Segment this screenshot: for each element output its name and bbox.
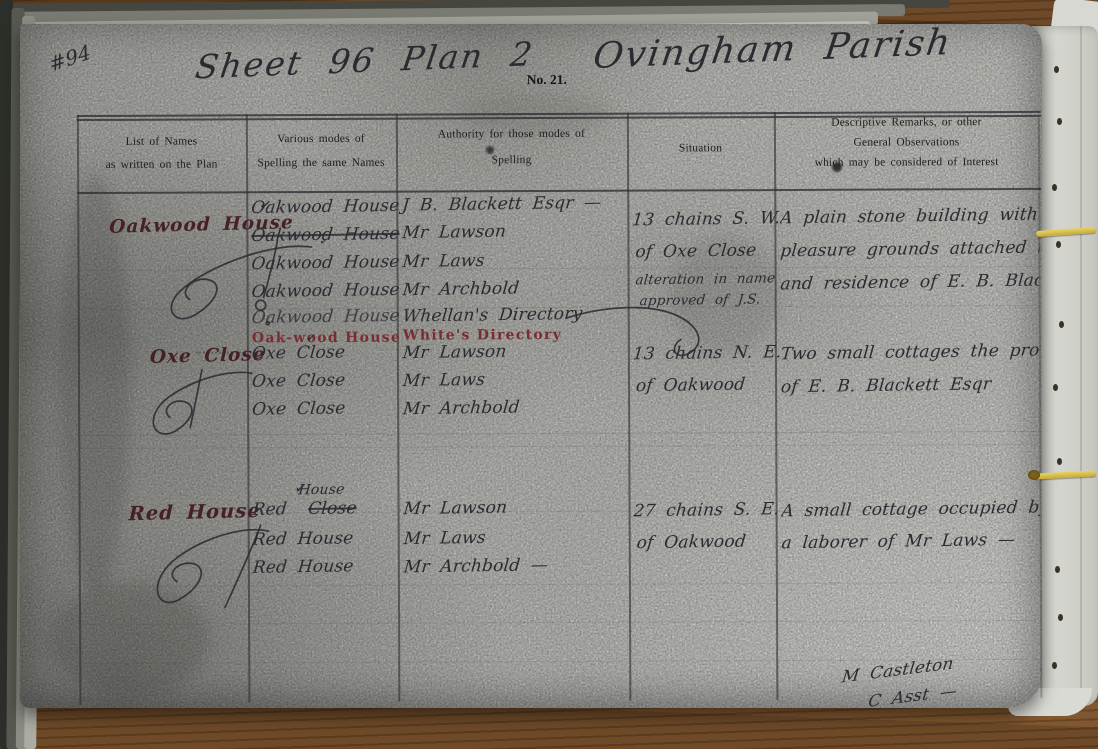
remarks-line: pleasure grounds attached the property bbox=[779, 237, 1040, 261]
authority-line: Mr Lawson bbox=[402, 342, 508, 364]
scanned-register-photo: #94 Sheet 96 Plan 2 No. 21. Ovingham Par… bbox=[0, 0, 1098, 749]
column-divider bbox=[774, 112, 779, 700]
clerk-flourish bbox=[141, 521, 296, 614]
reference-number: #94 bbox=[47, 40, 93, 77]
page-number-label: No. 21. bbox=[527, 72, 567, 88]
strike-flourish bbox=[565, 299, 715, 362]
authority-line: J B. Blackett Esqr — bbox=[401, 193, 602, 216]
remarks-line: of E. B. Blackett Esqr bbox=[780, 373, 1041, 397]
faint-rule bbox=[81, 620, 1039, 625]
sheet-plan-title: Sheet 96 Plan 2 bbox=[193, 34, 536, 86]
leader-dots bbox=[196, 351, 244, 353]
header-authority-line1: Authority for those modes of bbox=[396, 128, 627, 141]
clerk-flourish bbox=[140, 367, 272, 446]
situation-line: of Oakwood bbox=[636, 532, 747, 554]
examiner-signature-line2: C Asst — bbox=[867, 681, 958, 711]
remarks-line: A small cottage occupied by bbox=[781, 497, 1042, 521]
ink-layer: #94 Sheet 96 Plan 2 No. 21. Ovingham Par… bbox=[0, 0, 1098, 749]
authority-line: Mr Archbold — bbox=[403, 555, 549, 577]
spelling-line: Oakwood House bbox=[250, 196, 400, 218]
spelling-line: Oxe Close bbox=[251, 342, 346, 363]
clerk-flourish bbox=[149, 239, 344, 336]
header-remarks-line3: which may be considered of Interest bbox=[774, 156, 1039, 169]
header-names-line2: as written on the Plan bbox=[77, 158, 246, 171]
spelling-correction-above: House bbox=[298, 482, 346, 499]
header-remarks-line2: General Observations bbox=[774, 136, 1039, 149]
header-situation: Situation bbox=[627, 142, 774, 155]
parish-title: Ovingham Parish bbox=[591, 22, 955, 77]
authority-line: Mr Laws bbox=[402, 370, 486, 391]
remarks-line: A plain stone building with pleasu bbox=[779, 204, 1040, 228]
authority-line: Mr Lawson bbox=[403, 498, 509, 520]
authority-line: Mr Archbold bbox=[402, 398, 520, 420]
header-authority-line2: Spelling bbox=[396, 154, 627, 167]
remarks-line: Two small cottages the property bbox=[780, 340, 1041, 364]
situation-line: of Oxe Close bbox=[635, 240, 758, 262]
header-spelling-line2: Spelling the same Names bbox=[246, 157, 396, 170]
situation-note: alteration in name bbox=[635, 270, 776, 288]
spelling-prefix: Red bbox=[252, 499, 288, 520]
situation-line: 27 chains S. E. bbox=[633, 499, 781, 521]
authority-line: Mr Lawson bbox=[401, 222, 507, 244]
binding-thread-knot bbox=[1028, 470, 1040, 480]
header-remarks-line1: Descriptive Remarks, or other bbox=[774, 116, 1039, 129]
header-names-line1: List of Names bbox=[77, 135, 246, 148]
remarks-line: a laborer of Mr Laws — bbox=[781, 529, 1042, 553]
situation-line: 13 chains S. W. bbox=[631, 208, 781, 230]
entry2-name: Oxe Close bbox=[150, 344, 266, 368]
spelling-line-corrected: Red Close bbox=[252, 498, 358, 520]
header-spelling-line1: Various modes of bbox=[246, 133, 396, 146]
authority-line: Mr Archbold bbox=[402, 279, 520, 301]
leader-dots bbox=[215, 507, 247, 509]
situation-line: of Oakwood bbox=[635, 375, 746, 397]
spelling-struck-word: Close bbox=[307, 498, 357, 519]
authority-line: Mr Laws bbox=[403, 528, 487, 549]
authority-line: Mr Laws bbox=[402, 251, 486, 272]
remarks-line: and residence of E. B. Blackett Esqr bbox=[780, 270, 1041, 294]
authority-line: Whellan's Directory bbox=[402, 304, 584, 327]
column-divider bbox=[627, 113, 632, 701]
table-left-border bbox=[77, 115, 82, 705]
